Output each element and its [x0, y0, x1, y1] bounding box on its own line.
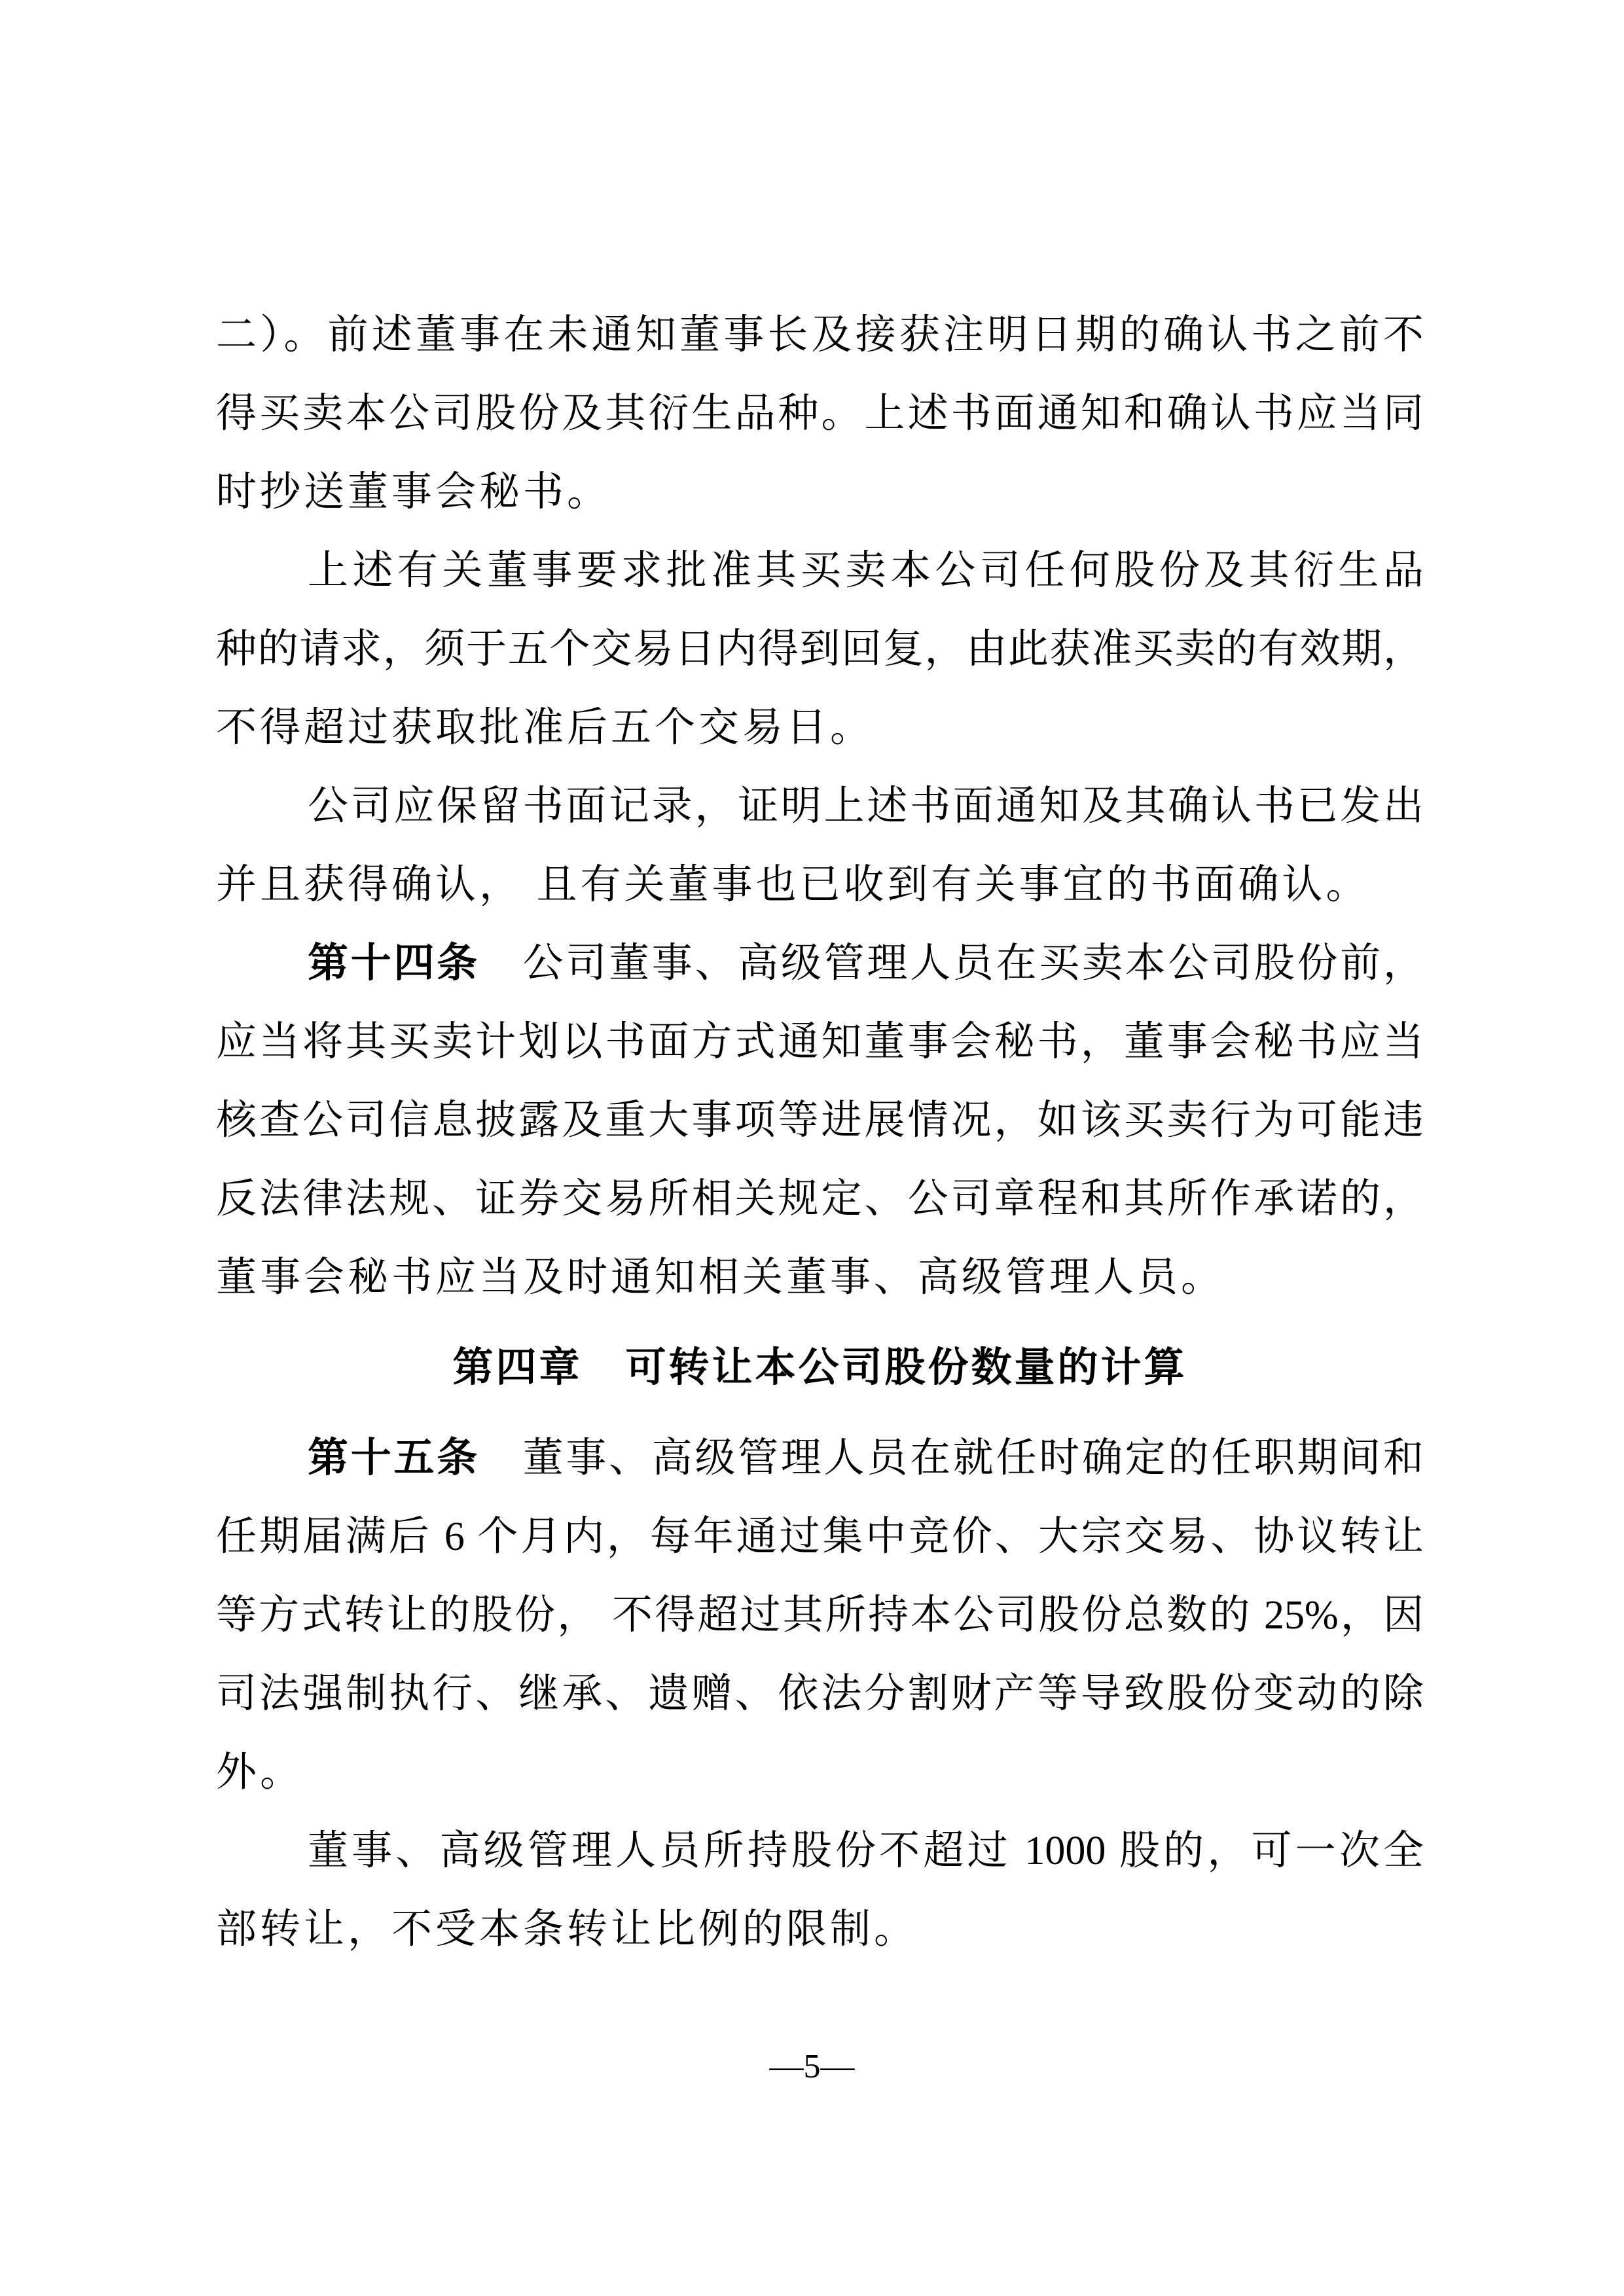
text-run: 时抄送董事会秘书。 [216, 470, 611, 514]
text-line: 种的请求，须于五个交易日内得到回复，由此获准买卖的有效期， [216, 610, 1424, 689]
text-run: 董事会秘书应当及时通知相关董事、高级管理人员。 [216, 1255, 1225, 1300]
bold-text-run: 第十五条 [308, 1435, 480, 1480]
bold-text-run: 第四章 可转让本公司股份数量的计算 [452, 1345, 1187, 1390]
text-line: 二）。前述董事在未通知董事长及接获注明日期的确认书之前不 [216, 296, 1424, 374]
text-run: 核查公司信息披露及重大事项等进展情况，如该买卖行为可能违 [216, 1098, 1424, 1143]
text-run: 并且获得确认， 且有关董事也已收到有关事宜的书面确认。 [216, 863, 1370, 907]
text-run: 公司应保留书面记录，证明上述书面通知及其确认书已发出 [308, 784, 1424, 829]
text-line: 反法律法规、证券交易所相关规定、公司章程和其所作承诺的， [216, 1160, 1424, 1238]
text-run: 种的请求，须于五个交易日内得到回复，由此获准买卖的有效期， [216, 627, 1424, 672]
text-run: 等方式转让的股份， 不得超过其所持本公司股份总数的 25%，因 [216, 1593, 1424, 1638]
text-run: 得买卖本公司股份及其衍生品种。上述书面通知和确认书应当同 [216, 391, 1424, 436]
text-line: 部转让，不受本条转让比例的限制。 [216, 1890, 1424, 1969]
text-line: 司法强制执行、继承、遗赠、依法分割财产等导致股份变动的除 [216, 1655, 1424, 1733]
text-run: 司法强制执行、继承、遗赠、依法分割财产等导致股份变动的除 [216, 1672, 1424, 1716]
text-run: 部转让，不受本条转让比例的限制。 [216, 1907, 918, 1952]
text-line: 公司应保留书面记录，证明上述书面通知及其确认书已发出 [216, 767, 1424, 846]
text-line: 外。 [216, 1733, 1424, 1812]
document-page: 二）。前述董事在未通知董事长及接获注明日期的确认书之前不得买卖本公司股份及其衍生… [0, 0, 1624, 2296]
text-line: 任期届满后 6 个月内，每年通过集中竞价、大宗交易、协议转让 [216, 1498, 1424, 1576]
text-run: 任期届满后 6 个月内，每年通过集中竞价、大宗交易、协议转让 [216, 1515, 1424, 1559]
text-run: 反法律法规、证券交易所相关规定、公司章程和其所作承诺的， [216, 1177, 1424, 1221]
text-line: 等方式转让的股份， 不得超过其所持本公司股份总数的 25%，因 [216, 1576, 1424, 1655]
text-line: 核查公司信息披露及重大事项等进展情况，如该买卖行为可能违 [216, 1081, 1424, 1160]
text-run: 不得超过获取批准后五个交易日。 [216, 706, 874, 750]
text-run: 上述有关董事要求批准其买卖本公司任何股份及其衍生品 [308, 548, 1424, 593]
text-line: 董事会秘书应当及时通知相关董事、高级管理人员。 [216, 1238, 1424, 1317]
text-line: 董事、高级管理人员所持股份不超过 1000 股的，可一次全 [216, 1812, 1424, 1890]
text-run: 公司董事、高级管理人员在买卖本公司股份前， [480, 941, 1424, 986]
text-run: 董事、高级管理人员所持股份不超过 1000 股的，可一次全 [308, 1829, 1424, 1873]
document-body: 二）。前述董事在未通知董事长及接获注明日期的确认书之前不得买卖本公司股份及其衍生… [216, 296, 1424, 1969]
chapter-heading: 第四章 可转让本公司股份数量的计算 [216, 1329, 1424, 1407]
text-run: 外。 [216, 1750, 304, 1795]
text-line: 应当将其买卖计划以书面方式通知董事会秘书，董事会秘书应当 [216, 1003, 1424, 1081]
text-run: 董事、高级管理人员在就任时确定的任职期间和 [480, 1436, 1424, 1480]
text-run: 应当将其买卖计划以书面方式通知董事会秘书，董事会秘书应当 [216, 1020, 1424, 1064]
text-line: 第十五条 董事、高级管理人员在就任时确定的任职期间和 [216, 1419, 1424, 1498]
page-number: —5— [0, 2041, 1624, 2093]
text-line: 时抄送董事会秘书。 [216, 453, 1424, 531]
bold-text-run: 第十四条 [308, 941, 480, 986]
text-run: 二）。前述董事在未通知董事长及接获注明日期的确认书之前不 [216, 313, 1424, 357]
text-line: 第十四条 公司董事、高级管理人员在买卖本公司股份前， [216, 924, 1424, 1003]
text-line: 上述有关董事要求批准其买卖本公司任何股份及其衍生品 [216, 531, 1424, 610]
text-line: 得买卖本公司股份及其衍生品种。上述书面通知和确认书应当同 [216, 374, 1424, 453]
text-line: 不得超过获取批准后五个交易日。 [216, 689, 1424, 767]
text-line: 并且获得确认， 且有关董事也已收到有关事宜的书面确认。 [216, 846, 1424, 924]
